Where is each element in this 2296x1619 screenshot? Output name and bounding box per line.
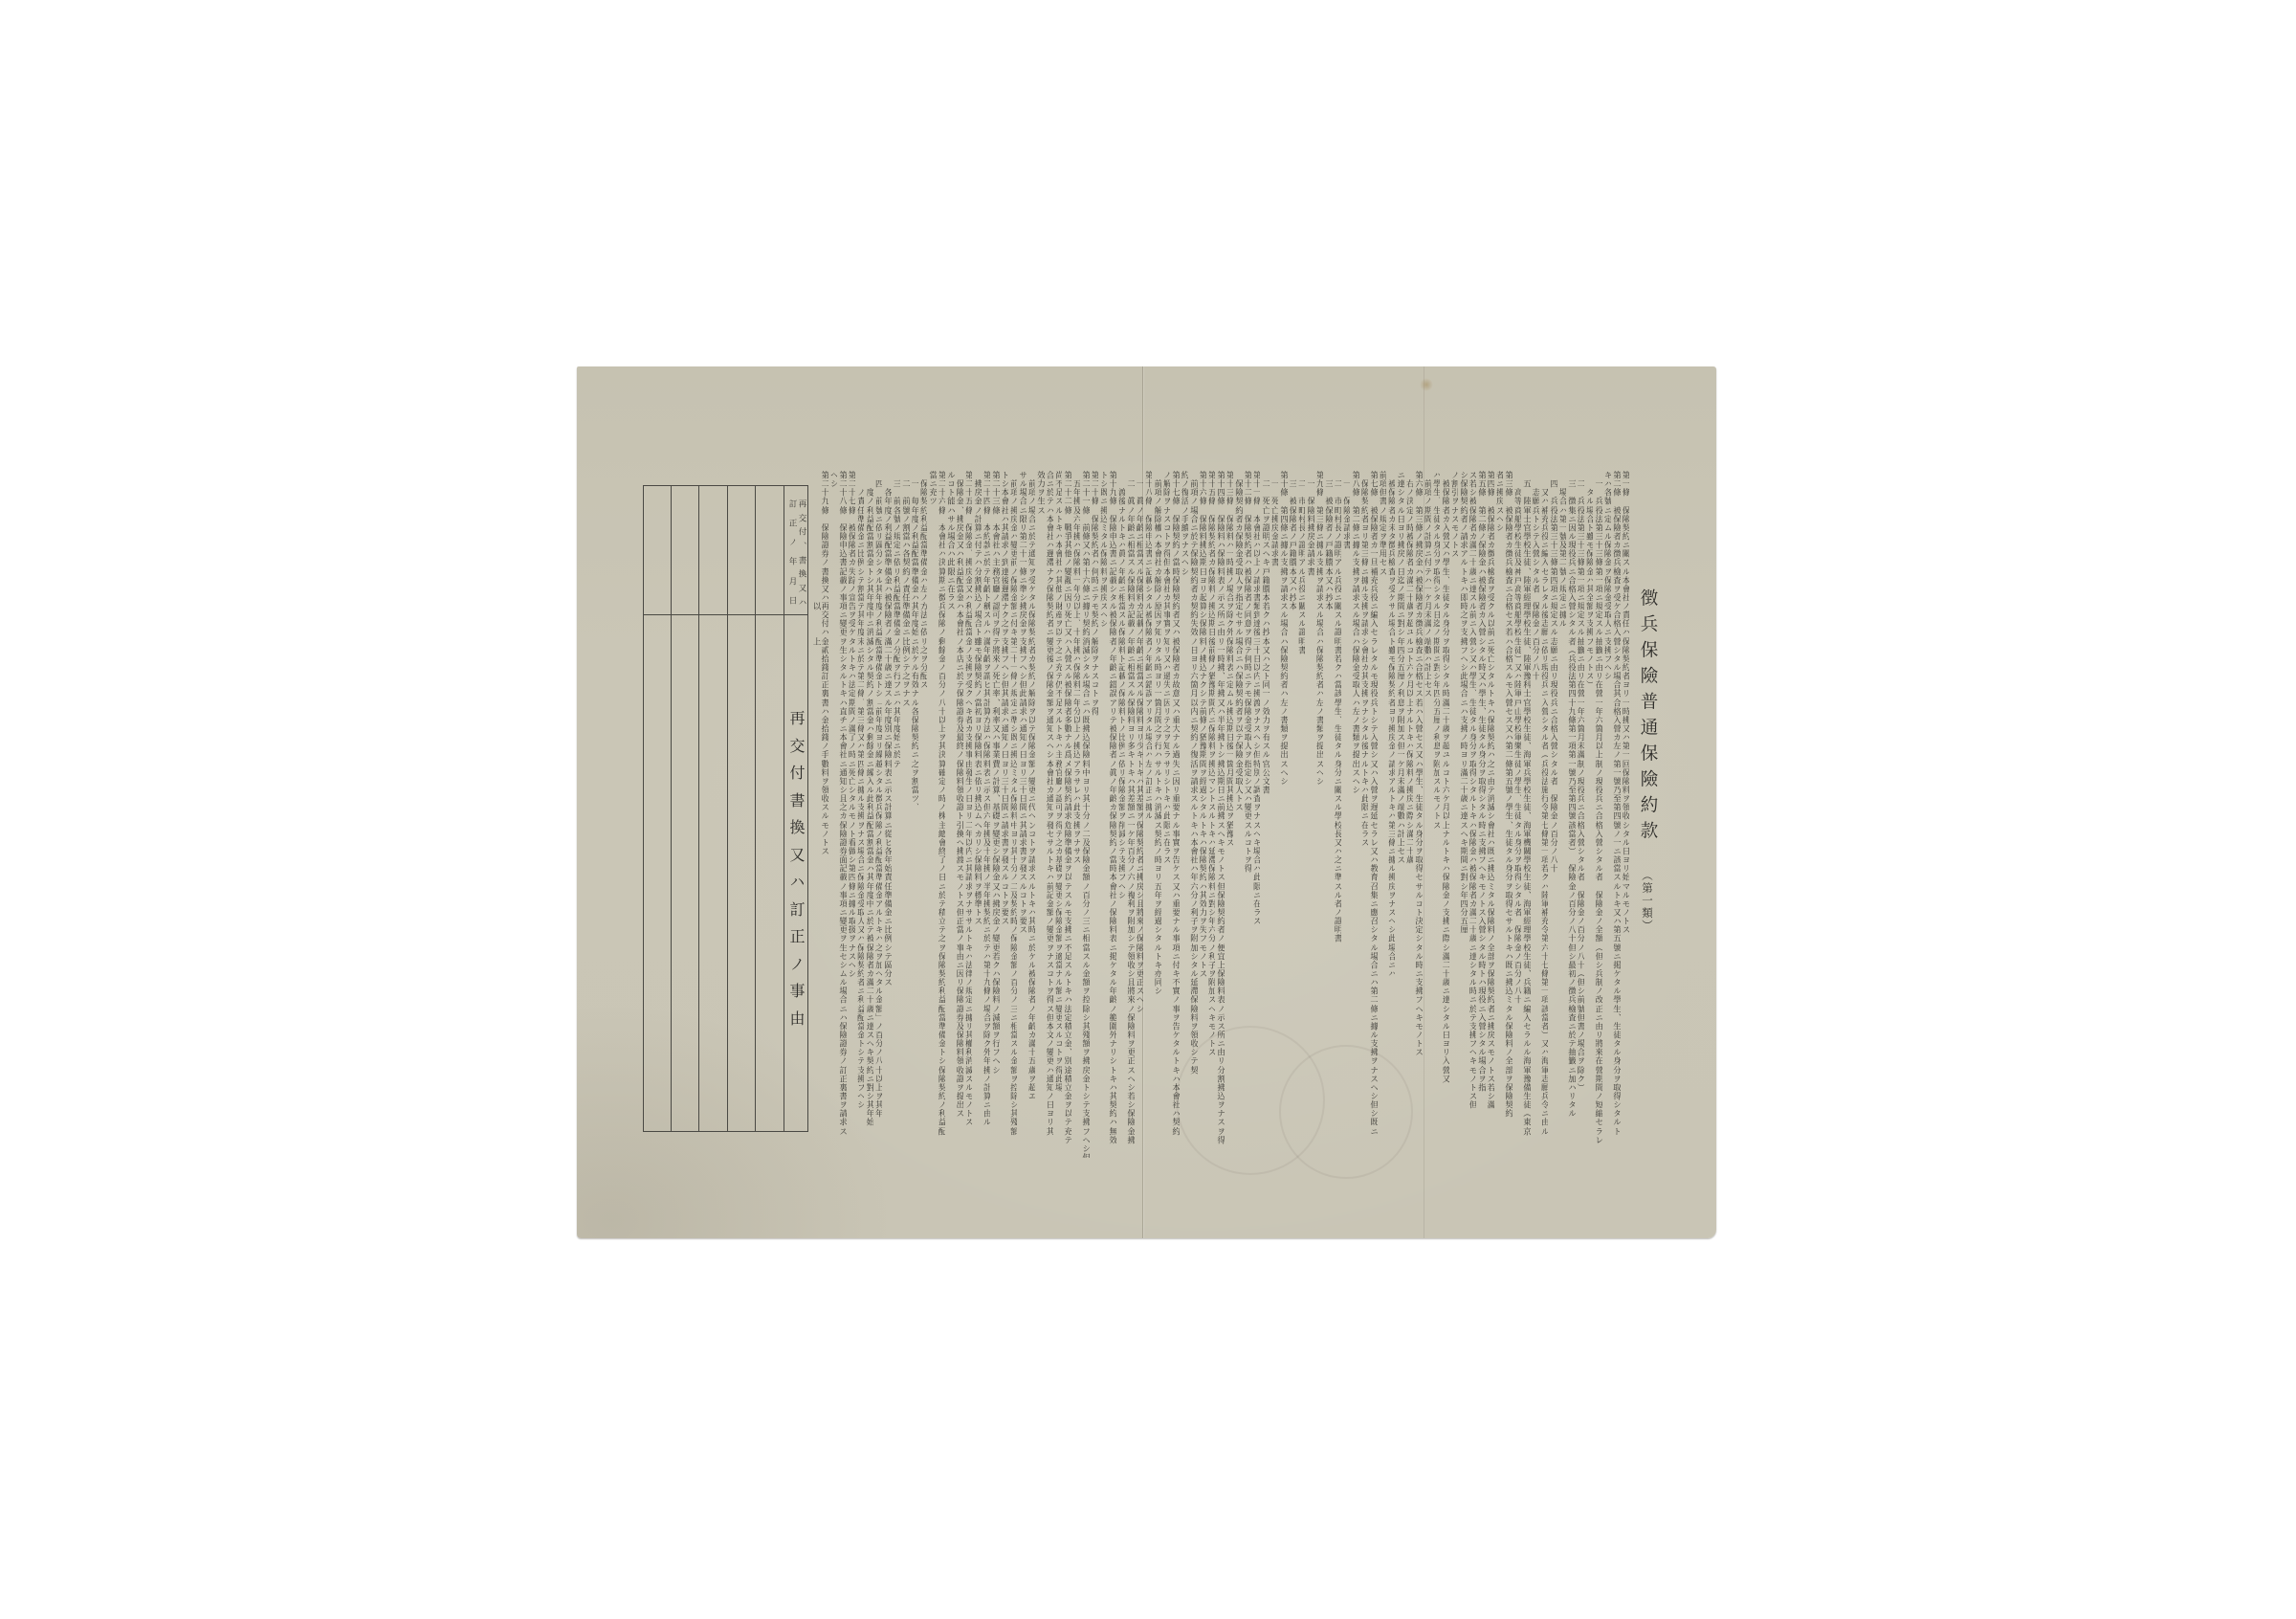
clause-text-column: 第二條 被保險者カ徴兵檢査ヲ受ケ合格入營シタル場合其合格入營カ左ノ第一號乃至第四… <box>1611 471 1620 1158</box>
document-class-label: （第一類） <box>1642 869 1653 931</box>
clause-text-column: 第一條 保險契約ニ關スル本會社ノ責任ハ保險契約者ヨリ一時拂又ハ第一回保險料ヲ領收… <box>1621 471 1629 1158</box>
clause-text-column: 三 徴集ニ因ル現役兵ニ合格入營シタル者（兵役法第四十九條第一項第一號乃至第四號該… <box>1566 471 1575 1158</box>
clause-text-column: 三 被保險者ノ戸籍謄本又ハ抄本 <box>1323 471 1332 1158</box>
clause-text-column: 第十五條 保險契約者カ保險料ノ拂込期日後前條ノ猶豫期間内ニ保險料ヲ拂込マントスル… <box>1206 471 1215 1158</box>
clause-text-column: サル場合ニ限リ第二十一條ニ準シ拂戻金ヲ支拂フヘシ但此請求ハ通知ノ日ヨリ三十日間ニ… <box>1017 471 1026 1158</box>
clause-text-column: ノ解除ヲナスコトヲ得但本會社カ其事實ヲ知リ又ハ過失ニ因リテ之ヲ知ラサリシトキハ此… <box>1161 471 1170 1158</box>
clause-text-column: トシ既ニ拂込ミタル保險料ヲ拂戻スヘシ <box>1098 471 1107 1158</box>
end-mark: 以上 <box>811 588 820 659</box>
clause-text-column: 保險金、拂戻金又ハ利益配當金ハ本會社ノ本店ニ於テ保險證券及最終ノ保險料領收證ト引… <box>955 471 963 1158</box>
clause-text-column: トシ本會社ハ其請求ノ到達後遲滯ナク之ヲ支拂フヘシ但其請求ハ通知ノ日ヨリ三十日間ニ… <box>1000 471 1008 1158</box>
clause-text-column: 二 眞ノ年齡ニ相當スル保險料カ記載ノ年齡ニ相當スル保險料ヨリ多キトキハ其差額ニ一… <box>1125 471 1134 1158</box>
clause-text-column: 四 前號ニ依リ區分シタル其年度ノ利益配當準備金トシ「前年度ヨリ繰越シタル徴兵保險… <box>873 471 882 1158</box>
clause-text-column: 第八條 第二條ニ據ル支拂ヲ請求スル場合ハ保險金受取人ハ左ノ書類ヲ提出スヘシ <box>1350 471 1358 1158</box>
clause-text-column: 第二十五條 保險金、拂戻金又ハ利益配當金ノ支拂ヲ受クヘキ者カ支拂事由發生ノ日ヨリ… <box>963 471 972 1158</box>
header-correction-date-label: 訂正ノ年月日 <box>787 494 796 610</box>
clause-text-column: 一 保險金請求書 <box>1341 471 1350 1158</box>
clause-text-column: 第二十三條 本會社ハ主務官廳ノ認可ヲ得テ將來ノ死亡率、利率又ハ事業費ノ計算、基礎… <box>990 471 999 1158</box>
clause-text-column: 第十三條 保險料ハ一時拂ノ場合ヲ除ク外保險料表ニ定ムル拂込期日後一箇月間其拂込ヲ… <box>1225 471 1233 1158</box>
clause-text-column: 一 眞ノ年齡ニ相當スル保險料カ記載ノ年齡ニ相當スル保險料ヨリ少キトキハ其差額ヲ保… <box>1135 471 1143 1158</box>
clause-text-column: 一 死亡拂戻金請求書 <box>1269 471 1278 1158</box>
clause-text-column: 五 陸軍士官學校生徒、陸軍經理學校生徒、陸軍豫科士官學校生徒、海軍兵學校生徒、海… <box>1521 471 1530 1158</box>
clause-text-column: 第二十四條 本約款ニ於テ年齡ト稱スルハ滿年齡ヲ謂ヒ其計算方法ハ保險料表ニ示ス但六… <box>982 471 990 1158</box>
clause-text-column: 前項ノ場合ニ於テ通知ヲ受ケタル保險契約者カ契約ノ解除ヲ以テ保險金額ノ變更ニ代ヘン… <box>1027 471 1035 1158</box>
clause-text-column: 前項ノ場合ニ於テ保險契約者カ契約失效ノ日ヨリ六箇月以内ニ契約ノ復活ヲ請求スルトキ… <box>1188 471 1197 1158</box>
clause-text-column: 五年拂及六年拂ハ保險料一年分以上、十年拂ハ保險料二年分以上ノ拂込アラサレハ此支拂… <box>1071 471 1080 1158</box>
clause-text-column: 二 死亡ヲ證明スヘキ戸籍謄本若クハ抄本又ハ之ト同一ノ效力ヲ有スル官公文書 <box>1260 471 1269 1158</box>
clause-text-column: 第十九條 保險申込書ニ記載シタル被保險者ノ年齡ニ錯誤アリテ被保險者ノ眞ノ年齡カ保… <box>1107 471 1115 1158</box>
clause-text-column: 二 市町村長ノ證明アル兵役ニ關スル證明書 <box>1296 471 1305 1158</box>
clause-text-column: 高等商船學校生徒及神戸高等商船學校生徒）又ハ陸軍戸山學校軍樂生徒ノ學生、生徒タル… <box>1512 471 1521 1158</box>
clause-text-column: 第十七條 保險契約ノ當時保險契約者又ハ被保險者カ故意又ハ重大ナル過失ニ因リ重要ナ… <box>1170 471 1179 1158</box>
reason-label-cell: 再交付書換又ハ訂正ノ事由 <box>784 615 807 1131</box>
clause-text-column: 三 被保險者ノ戸籍謄本又ハ抄本 <box>1288 471 1296 1158</box>
clause-text-column: 保險契約利益配當準備金ハ左ノ方法ニ依リ之ヲ分配ス <box>918 471 927 1158</box>
paper-stain <box>1420 378 1433 391</box>
clause-text-column: ルコト能ハサル場合ハ此限ニ在ラス <box>945 471 954 1158</box>
clause-text-column: ス若シ被保險者カ滿二十歳ニ達スル前ニ入營シ又ハ學生、生徒タル身分ヲ取得シタルトキ… <box>1468 471 1476 1158</box>
table-header-cell: 再交付、書換又ハ 訂正ノ年月日 <box>784 486 807 615</box>
clause-text-column: 志願兵トシテ入營シタル者 保險金ノ百分ノ八十 <box>1531 471 1539 1158</box>
clause-text-column: ハ學生、生徒タル身分ヲ取得シタル日迄ノ期間ニ對シ年四分五厘ノ利息ヲ附加スルモノト… <box>1431 471 1440 1158</box>
clause-text-column: シ保險契約者ノ請求アルトキハ即時之ヲ支拂フヘシ此場合ニハ支拂ノ時ヨリ滿二十歳ニ達… <box>1458 471 1467 1158</box>
clause-text-column: 第六條 第三條ノ拂戻金ハ被保險者カ徴兵檢査ニ合格セス若ハ入營セス又ハ學生、生徒タ… <box>1413 471 1422 1158</box>
reissue-date-cell <box>756 486 784 615</box>
clause-text-column: 第四條 被保險者カ徴兵檢査ヲ受クル以前ニ死亡シタルトキハ保險契約ハ之ニ由テ消滅シ… <box>1486 471 1494 1158</box>
clause-text-column: 被保險者カ未タ徴兵檢査ヲ受ケサル場合ト雖モ保險契約者ヨリ拂戻金ノ請求アルトキハ第… <box>1386 471 1395 1158</box>
clause-text-column: 第十四條 保險料ハ保險料表ノ示ス所ニ由リ一時拂、年拂又ハ半年拂トシ拂込期日ニ前拂… <box>1215 471 1224 1158</box>
reissue-date-cell <box>699 486 728 615</box>
reissue-reason-cell <box>756 615 784 1131</box>
clause-text-column: 尚不足スルトキハ本會社ハ其他ノ財産ヲ以テ之ニ充テ仍不足スルトキハ主務官廳ノ認可ヲ… <box>1053 471 1062 1158</box>
clause-text-column: 保險契約者ヨリ第三條ニ據ル支拂ヲ請求シ會社カ其支拂ヲナシタル後ナルトキハ此限ニ在… <box>1359 471 1368 1158</box>
reissue-reason-cell <box>728 615 756 1131</box>
document-title: 徴兵保險普通保險約款 <box>1638 585 1658 843</box>
clause-text-column: 第二十七條 被保險者カ失踪ノ宣告ヲ受ケタルトキハ法定期間ノ滿了ノ時ニ死亡シタルモ… <box>847 471 855 1158</box>
clause-text-column: 三 前各號ノ規定ニ依リ利益配當準備金ノ分配ヲ行フニハ其年度始ニ於テ <box>892 471 900 1158</box>
clause-text-column: 四 兵役法第三十三條第四項ニ規定スル志願ニ由リ現役兵ニ合格入營シタル者 保險金ノ… <box>1548 471 1556 1158</box>
clause-text-column: 約ノ復活ノ手續ヲナスヘシ <box>1180 471 1188 1158</box>
clause-text-column: ヘシ <box>828 471 837 1158</box>
clause-text-column: 二 前號ノ割當ハ各契約ノ責任準備金ニ比例シテ之ヲナス <box>900 471 909 1158</box>
clause-text-column: 第二十六條 本會社ハ決算期ニ徴兵保險ノ剩餘金ノ百分ノ八十以上ヲ其決算確定ノ時ノ株… <box>937 471 945 1158</box>
clause-text-column: 前項ノ解除權ハ本會社カ解除ノ原因ヲ知リタル時ヨリ一箇月間之ヲ行ハサルトキハ消滅ス… <box>1152 471 1160 1158</box>
clause-text-column: 第二十八條 保險申込書記載ノ事項ニ變更ヲ生シタルトキハ直チニ本會社ニ通知シ且之カ… <box>837 471 846 1158</box>
reissue-reason-cell <box>672 615 699 1131</box>
clause-text-column: 一 毎年度ノ利益配當準備金ハ其年度始ニ於ケル有效ナル各保險契約ニ之ヲ割當ツ、 <box>910 471 918 1158</box>
clause-text-column: 合ニ於テハ本會社ハ遲滯ナク保險契約者ニ變更後ノ保險金額ヲ通知スヘシ本會社カ通知ヲ… <box>1045 471 1053 1158</box>
clause-text-column: 第二十條 保險契約者ハ何時ニテモ契約ノ解除ヲナスコトヲ得 <box>1090 471 1098 1158</box>
reissue-date-cell <box>644 486 672 615</box>
clause-text-column: 拂戻金ノ計算ニ付テハ分割拂込ノ場合ト雖モ保險契約ノ當初ヨリ保險料表ニ依リ拂込ムヘ… <box>972 471 981 1158</box>
clause-text-column: 第二十一條 前條又ハ第十六條ニ據リ契約消滅シタル場合ニハ既拂込保險料中ヨリ其十分… <box>1080 471 1089 1158</box>
reissue-date-cell <box>728 486 756 615</box>
reissue-reason-heading: 再交付書換又ハ訂正ノ事由 <box>788 704 805 1031</box>
clause-text-column: 當ニ充ツ <box>927 471 936 1158</box>
clause-text-column: 第三條 被保險者カ徴兵檢査ニ合格セス若ハ合格スルモ入營セス又ハ第二條第五號ノ學生… <box>1503 471 1512 1158</box>
reissue-reason-cell <box>644 615 672 1131</box>
clause-text-column: 第二十九條 保險證券ノ書換又ハ再交付ハ金貳拾錢訂正裏書ハ金拾錢ノ手數料ヲ領收スル… <box>819 471 828 1158</box>
clause-text-column: 各年度ノ利益配當準備金ハ被保險者ノ滿二十歳ニ達スル年度別ニ保險料表ニ示ス計算ニ從… <box>882 471 891 1158</box>
clause-text-column: 一 兵役法第三十三條第一項ニ規定スル抽籤ニ由リ在營一年六箇月以上制ノ現役兵ニ合格… <box>1593 471 1601 1158</box>
clause-text-column: 第七條 被保險者カ一旦補充兵役ニ編入セラレタルモ現役兵トシテ入營シ又ハ入營ヲ遅延… <box>1368 471 1377 1158</box>
clause-text-column: ノ責任準備金ニ比例シテ割當テ其年度末ニ於テ第二條、第三條又ハ第四條ニ據ル支拂ヲナ… <box>855 471 864 1158</box>
clause-text-column: 效力ヲ生ス <box>1035 471 1044 1158</box>
clause-text-column: 第十二條 保險契約者ハ被保險者ノ同意ヲ得テ何時ニテモ保險金受取人ヲ指定シ又ハ變更… <box>1243 471 1251 1158</box>
insurance-clauses-text: 第一條 保險契約ニ關スル本會社ノ責任ハ保險契約者ヨリ一時拂又ハ第一回保險料ヲ領收… <box>820 471 1629 1158</box>
reissue-reason-cell <box>699 615 728 1131</box>
clause-text-column: ニ達シタル日ヨリ拂戻ノ日迄ノ期間ニ對シ年四分五厘ノ利息ヲ附加ス但一ケ月未滿ノ端數… <box>1395 471 1403 1158</box>
clause-text-column: 二 市町村長ノ證明アル兵役ニ關スル證明書若クハ當該學生、生徒タル身分ニ關スル學校… <box>1333 471 1341 1158</box>
clause-text-column: 又ハ補充兵役ニ編入セラレタル後志願ニ依リ現役兵ニ入營シタル者（兵役法施行令第七條… <box>1539 471 1548 1158</box>
clause-text-column: 前項但書ノ規定ヲ準用セス <box>1378 471 1386 1158</box>
clause-text-column: 第十六條 保險料拂込期日ヨリ起算シ保險料ノ拂込ナクシテ前條ノ猶豫期間ヲ經過シタル… <box>1198 471 1206 1158</box>
clause-text-column: タル場合ト雖モ保險金ハ其全額ヲ支拂フモノトス） <box>1584 471 1593 1158</box>
clause-text-column: キハ各號ニ定ムル保險金ヲ保險金受取人ニ支拂フヘシ <box>1602 471 1611 1158</box>
clause-text-column: 被保險者カ入營又ハ學生、生徒タル身分ヲ取得シタル時滿二十歳ヲ超ユルコト六ケ月以上… <box>1440 471 1448 1158</box>
clause-text-column: 渡後ナルトキハ眞ノ年齡ニ相當スル保險料ト記載ノ保險料トノ比例ニ依リ保險金額ヲ削減… <box>1116 471 1125 1158</box>
clause-text-column: 第十條 第四條ニ據ル支拂ヲ請求スル場合ハ保險契約者ハ左ノ書類ヲ提出スヘシ <box>1278 471 1287 1158</box>
clause-text-column: 保險契約者カ保險金受取人ヲ指定セサル場合ニハ保險契約者ヲ以テ保險金受取人トス <box>1233 471 1242 1158</box>
clause-text-column: 前項ノ期間ノ計算ニ付テハ一ケ月未滿ノ端數ハ計上セス <box>1423 471 1431 1158</box>
clause-text-column: 者ニ拂戻スヘシ <box>1494 471 1503 1158</box>
clause-text-column: 第五條 第二條ノ保險金ハ被保險者カ入營シタル時又ハ學生、生徒タル身分ヲ取得シタル… <box>1476 471 1485 1158</box>
clause-text-column: 前項ノ拂戻金ハ變更前ノ保險金額ニ付キ第二十一條ノ規定ニ準シ既ニ拂込ミタル保險料中… <box>1008 471 1017 1158</box>
clause-text-column: 第九條 第三條ニ據ル支拂ヲ請求スル場合ハ保險契約者ハ左ノ書類ヲ提出スヘシ <box>1314 471 1323 1158</box>
clause-text-column: 度ノ利益配當割當金トシ其年度中ニ消滅シタル契約ノ割當金ハ剩餘金ニ繰入ル此利益配當… <box>864 471 872 1158</box>
clause-text-column: 二 兵役法第三十三條第一項ニ規定スル抽籤ニ由リ在營一年六箇月未滿制ノ現役兵ニ合格… <box>1576 471 1584 1158</box>
clause-text-column: 一 保險料拂戻金請求書 <box>1305 471 1314 1158</box>
clause-text-column: 第二十二條 戰爭其他ノ變亂ニ因リ死亡又ハ入營スル被保險者多數ナル爲メ保險契約請求… <box>1062 471 1071 1158</box>
clause-text-column: 場合ハ第一號及第二號ノ規定ニ據ル <box>1557 471 1566 1158</box>
reissue-record-table: 再交付、書換又ハ 訂正ノ年月日 再交付書換又ハ訂正ノ事由 <box>643 485 808 1132</box>
clause-text-column: 右ノ決定ノ時被保險者カ滿二十歳ヲ超ユルコト六ケ月以上ナルトキハ保險料ノ拂戻ニ際シ… <box>1404 471 1413 1158</box>
clause-text-column: ノ割引ヲナスモノトス <box>1449 471 1458 1158</box>
clause-text-column: 第十一條 本會社ハ以上ノ請求書類到達後三十日以内ニ拂渡ヲナスヘシ但特別ノ調査ヲナ… <box>1251 471 1260 1158</box>
reissue-date-cell <box>672 486 699 615</box>
clause-text-column: 第十八條 保險申込書ニ記載シタル被保險者ノ年齡ニ錯誤アリタル場合ハ左ノ訂正ニ據ル <box>1143 471 1152 1158</box>
header-reissue-rewrite-label: 再交付、書換又ハ <box>797 497 806 610</box>
